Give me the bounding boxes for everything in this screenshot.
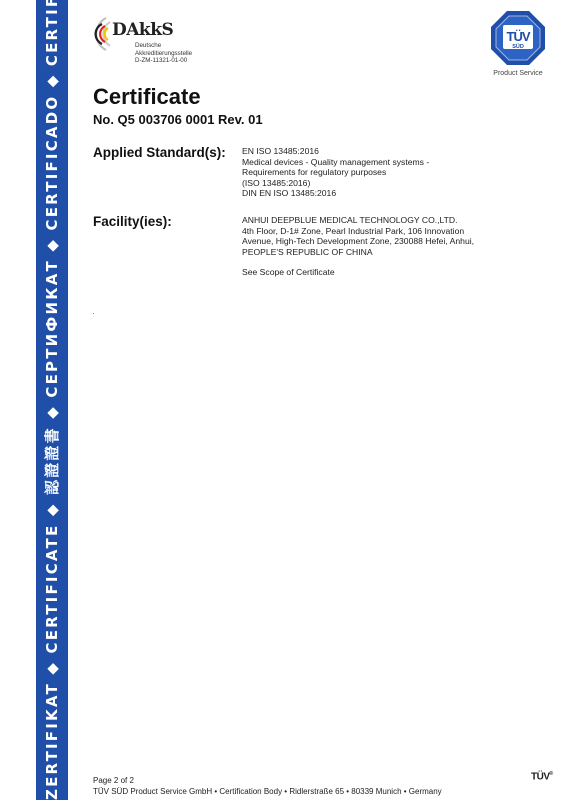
standard-line: DIN EN ISO 13485:2016 [242, 188, 429, 199]
page-number: Page 2 of 2 [93, 776, 134, 785]
applied-standards-label: Applied Standard(s): [93, 145, 226, 160]
tuv-octagon-icon: TÜV SÜD [490, 10, 546, 66]
page-title: Certificate [93, 84, 201, 110]
facility-line: 4th Floor, D-1# Zone, Pearl Industrial P… [242, 226, 474, 237]
applied-standards-list: EN ISO 13485:2016 Medical devices - Qual… [242, 146, 429, 199]
facility-line: ANHUI DEEPBLUE MEDICAL TECHNOLOGY CO.,LT… [242, 215, 474, 226]
standard-line: Medical devices - Quality management sys… [242, 157, 429, 168]
facilities-address: ANHUI DEEPBLUE MEDICAL TECHNOLOGY CO.,LT… [242, 215, 474, 278]
facilities-label: Facility(ies): [93, 214, 172, 229]
svg-text:SÜD: SÜD [512, 43, 524, 50]
tuv-sud-logo: TÜV SÜD [490, 10, 546, 66]
facility-line: PEOPLE'S REPUBLIC OF CHINA [242, 247, 474, 258]
dakks-line-2: Akkreditierungsstelle [135, 50, 192, 58]
dakks-subtitle: Deutsche Akkreditierungsstelle D-ZM-1132… [135, 42, 192, 65]
dakks-name: DAkkS [112, 20, 173, 40]
banner-text: ZERTIFIKAT ◆ CERTIFICATE ◆ 認證證書 ◆ СЕРТИФ… [36, 0, 68, 800]
tuv-mark-text: TÜV [531, 771, 550, 782]
facility-line: Avenue, High-Tech Development Zone, 2300… [242, 236, 474, 247]
svg-text:TÜV: TÜV [507, 29, 531, 44]
scope-note: See Scope of Certificate [242, 267, 474, 278]
registered-mark: ® [550, 771, 553, 777]
dakks-logo: DAkkS Deutsche Akkreditierungsstelle D-Z… [92, 10, 232, 70]
certificate-number: No. Q5 003706 0001 Rev. 01 [93, 112, 263, 127]
dakks-line-1: Deutsche [135, 42, 192, 50]
standard-line: EN ISO 13485:2016 [242, 146, 429, 157]
issuer-address: TÜV SÜD Product Service GmbH • Certifica… [93, 787, 442, 796]
certificate-side-banner: ZERTIFIKAT ◆ CERTIFICATE ◆ 認證證書 ◆ СЕРТИФ… [36, 0, 68, 800]
standard-line: (ISO 13485:2016) [242, 178, 429, 189]
stray-mark [93, 313, 94, 314]
tuv-footer-mark: TÜV® [531, 771, 553, 782]
standard-line: Requirements for regulatory purposes [242, 167, 429, 178]
dakks-line-3: D-ZM-11321-01-00 [135, 57, 192, 65]
tuv-caption: Product Service [486, 70, 550, 77]
